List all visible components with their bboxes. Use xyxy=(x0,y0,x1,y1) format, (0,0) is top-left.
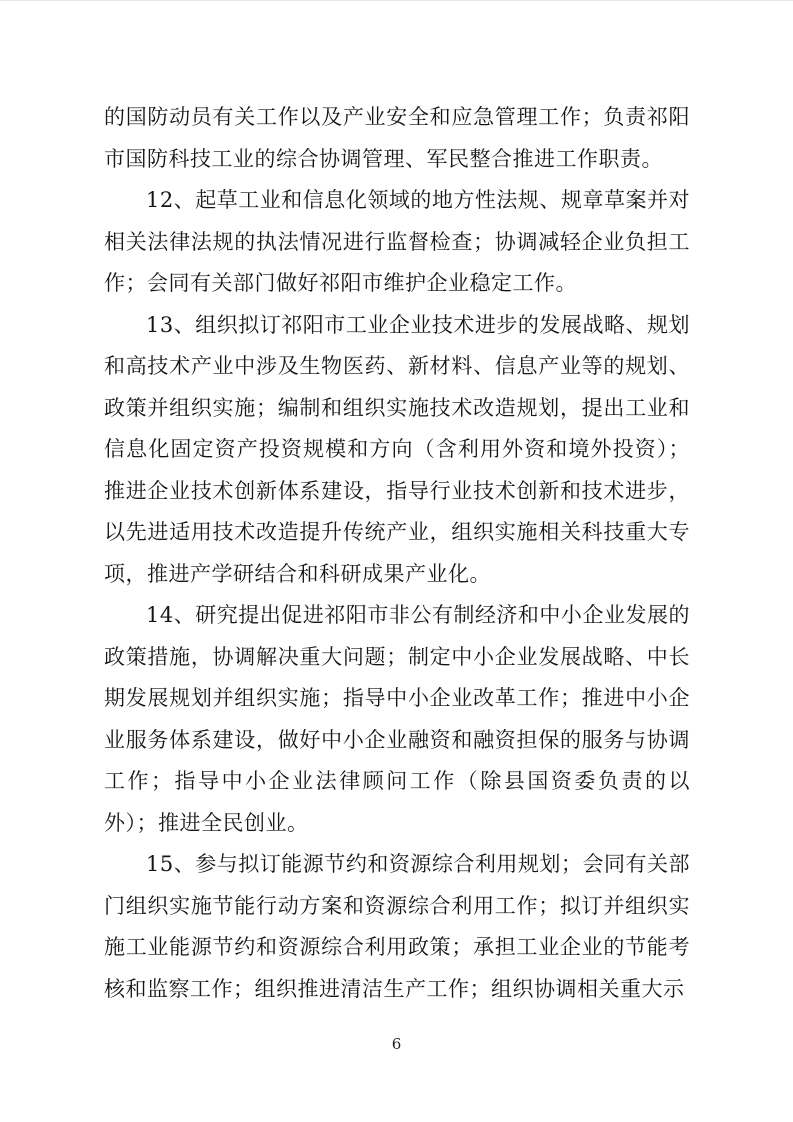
page-number: 6 xyxy=(0,1035,793,1053)
paragraph: 的国防动员有关工作以及产业安全和应急管理工作；负责祁阳市国防科技工业的综合协调管… xyxy=(104,97,690,180)
document-page: 的国防动员有关工作以及产业安全和应急管理工作；负责祁阳市国防科技工业的综合协调管… xyxy=(0,0,793,1122)
document-body: 的国防动员有关工作以及产业安全和应急管理工作；负责祁阳市国防科技工业的综合协调管… xyxy=(104,97,690,1010)
paragraph: 13、组织拟订祁阳市工业企业技术进步的发展战略、规划和高技术产业中涉及生物医药、… xyxy=(104,305,690,596)
paragraph: 12、起草工业和信息化领域的地方性法规、规章草案并对相关法律法规的执法情况进行监… xyxy=(104,180,690,305)
paragraph: 14、研究提出促进祁阳市非公有制经济和中小企业发展的政策措施，协调解决重大问题；… xyxy=(104,595,690,844)
paragraph: 15、参与拟订能源节约和资源综合利用规划；会同有关部门组织实施节能行动方案和资源… xyxy=(104,844,690,1010)
